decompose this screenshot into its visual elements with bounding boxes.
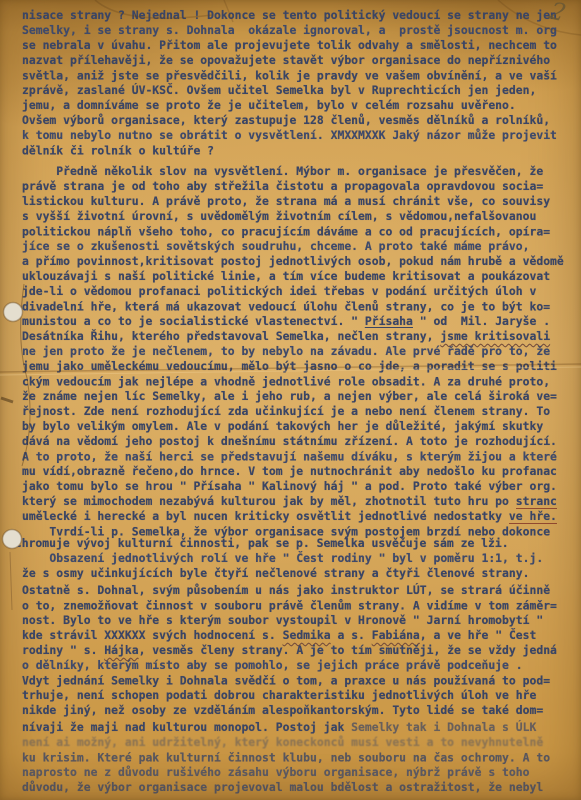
document-line: k tomu nebylo nutno se obrátit o vysvětl…: [22, 128, 581, 143]
document-line: A to proto, že naší herci se představují…: [22, 449, 581, 464]
text-segment: Desátníka Řihu, kterého představoval Sem…: [22, 329, 440, 343]
document-line: Obsazení jednotlivých rolí ve hře " Čest…: [22, 551, 581, 566]
document-line: ku krisim. Které pak kulturní činnost kl…: [22, 750, 581, 765]
document-line: Vdyt jednání Semelky i Dohnala svědčí o …: [22, 673, 581, 688]
document-line: rodiny " s. Hájka, vesměs členy strany. …: [22, 643, 581, 658]
text-segment: důvodu, že výbor organisace projevoval m…: [22, 780, 543, 794]
text-segment: Obsazení jednotlivých rolí ve hře " Čest…: [22, 551, 543, 565]
text-segment: nost. Bylo to ve hře s kterým soubor vys…: [22, 613, 543, 627]
text-segment: o to, znemožňovat činnost v souboru práv…: [22, 598, 557, 612]
text-segment: jíce se o zkušenosti sovětských soudruhu…: [22, 239, 529, 253]
document-line: s vyšší životní úrovní, s uvědomělým živ…: [22, 209, 581, 224]
document-line: světla, aniž jste se přesvědčili, kolik …: [22, 68, 581, 83]
text-segment: o dělníky, kterým místo aby se pomohlo, …: [22, 658, 523, 672]
text-segment: rodiny " s.: [22, 643, 104, 657]
text-segment: A to proto, že naší herci se představují…: [22, 449, 557, 463]
text-segment: není ai možný, ani udržitelný, který kon…: [22, 735, 543, 749]
document-line: právě strana je od toho aby střežila čis…: [22, 179, 581, 194]
document-line: kde strávil XXXKXX svých hodnocení s. Se…: [22, 628, 581, 643]
typewritten-page: nisace strany ? Nejednal ! Dokonce se te…: [0, 0, 581, 800]
document-line: se nebrala v úvahu. Přitom ale projevuje…: [22, 38, 581, 53]
text-segment: Vdyt jednání Semelky i Dohnala svědčí o …: [22, 673, 550, 687]
document-line: jde-li o vědomou profanaci politických i…: [22, 284, 581, 299]
document-line: není ai možný, ani udržitelný, který kon…: [22, 735, 581, 750]
text-segment: politickou náplň všeho toho, co pracujíc…: [22, 224, 550, 238]
document-line: nisace strany ? Nejednal ! Dokonce se te…: [22, 8, 581, 23]
document-text: nisace strany ? Nejednal ! Dokonce se te…: [0, 8, 581, 795]
text-segment: právě strana je od toho aby střežila čis…: [22, 179, 543, 193]
text-segment: umělecké i herecké a byl nucen kriticky …: [22, 509, 509, 523]
text-segment: , vesměs členy strany. A je to tím smutn…: [139, 643, 557, 657]
document-line: ckým vedoucím jak nejlépe a vhodně jedno…: [22, 374, 581, 389]
text-segment: jemu jako uměleckému vedoucímu, mělo být…: [22, 359, 557, 373]
text-segment: , a ve hře " Čest: [420, 628, 537, 642]
document-line: nazvat přílehavěji, že se opovažujete st…: [22, 53, 581, 68]
document-line: důvodu, že výbor organisace projevoval m…: [22, 780, 581, 795]
text-segment: Tvrdí-li p. Semelka, že výbor organisace…: [22, 524, 550, 538]
underlined-text-segment: stranc: [516, 494, 557, 509]
document-line: Ostatně s. Dohnal, svým působením u nás …: [22, 583, 581, 598]
document-line: jemu, a domníváme se proto že je učitele…: [22, 98, 581, 113]
text-segment: ne jen proto že je nečlenem, to by nebyl…: [22, 344, 550, 358]
text-segment: že známe nejen líc Semelky, ale i jeho r…: [22, 389, 557, 403]
text-segment: by bylo velikým omylem. Ale v podání tak…: [22, 419, 543, 433]
text-segment: dělník či rolník o kultúře ?: [22, 143, 214, 157]
text-segment: uklouzávaji s naší politické linie, a tí…: [22, 269, 550, 283]
text-segment: a s.: [331, 628, 372, 642]
document-line: ne jen proto že je nečlenem, to by nebyl…: [22, 344, 581, 359]
text-segment: se nebrala v úvahu. Přitom ale projevuje…: [22, 38, 557, 52]
text-segment: ckým vedoucím jak nejlépe a vhodně jedno…: [22, 374, 550, 388]
underlined-text-segment: Hájka: [104, 643, 138, 657]
document-line: politickou náplň všeho toho, co pracujíc…: [22, 224, 581, 239]
text-segment: trhuje, není schopen podati dobrou chara…: [22, 688, 536, 702]
text-segment: nívaji že maji nad kulturou monopol. Pos…: [22, 720, 351, 734]
document-line: munistou a co to je socialistické vlaste…: [22, 314, 581, 329]
underlined-text-segment: Sedmika: [283, 628, 331, 642]
text-segment: nazvat přílehavěji, že se opovažujete st…: [22, 53, 550, 67]
text-segment: divadelní hře, která má ukazovat vedoucí…: [22, 299, 550, 313]
document-line: trhuje, není schopen podati dobrou chara…: [22, 688, 581, 703]
document-line: řejnost. Zde není rozhodující zda učinku…: [22, 404, 581, 419]
document-line: nikde jiný, než osoby ze vzděláním alesp…: [22, 703, 581, 718]
text-segment: který se mimochodem nezabývá kulturou ja…: [22, 494, 516, 508]
document-line: Tvrdí-li p. Semelka, že výbor organisace…: [22, 524, 581, 539]
underlined-text-segment: ve hře.: [509, 509, 557, 524]
text-segment: Semelky tak i Dohnala s ÚLK: [351, 720, 536, 734]
document-line: a přímo povinnost,kritisovat postoj jedn…: [22, 254, 581, 269]
document-line: nost. Bylo to ve hře s kterým soubor vys…: [22, 613, 581, 628]
text-segment: jako tomu bylo se hrou " Přísaha " Kalin…: [22, 479, 557, 493]
document-line: že známe nejen líc Semelky, ale i jeho r…: [22, 389, 581, 404]
text-segment: mu vídí,obrazně řečeno,do hrnce. V tom j…: [22, 464, 557, 478]
text-segment: Ovšem výborů organisace, který zastupuje…: [22, 113, 550, 127]
document-line: dělník či rolník o kultúře ?: [22, 143, 581, 158]
document-line: o dělníky, kterým místo aby se pomohlo, …: [22, 658, 581, 673]
document-line: že s osmy učinkujících byle čtyří nečlen…: [22, 566, 581, 581]
text-segment: Předně několik slov na vysvětlení. Mýbor…: [22, 164, 543, 178]
text-segment: Semelky, i se strany s. Dohnala okázale …: [22, 23, 557, 37]
document-line: jemu jako uměleckému vedoucímu, mělo být…: [22, 359, 581, 374]
text-segment: kde strávil XXXKXX svých hodnocení s.: [22, 628, 283, 642]
text-segment: Ostatně s. Dohnal, svým působením u nás …: [22, 583, 550, 597]
text-segment: řejnost. Zde není rozhodující zda učinku…: [22, 404, 550, 418]
text-segment: dává na vědomí jeho postoj k dnešnímu st…: [22, 434, 557, 448]
text-segment: munistou a co to je socialistické vlaste…: [22, 314, 365, 328]
text-segment: jde-li o vědomou profanaci politických i…: [22, 284, 536, 298]
document-line: zprávě, zaslané ÚV-KSČ. Ovšem učitel Sem…: [22, 83, 581, 98]
text-segment: světla, aniž jste se přesvědčili, kolik …: [22, 68, 557, 82]
document-line: Semelky, i se strany s. Dohnala okázale …: [22, 23, 581, 38]
text-segment: nikde jiný, než osoby ze vzděláním alesp…: [22, 703, 543, 717]
document-line: o to, znemožňovat činnost v souboru práv…: [22, 598, 581, 613]
text-segment: s vyšší životní úrovní, s uvědomělým živ…: [22, 209, 536, 223]
document-line: uklouzávaji s naší politické linie, a tí…: [22, 269, 581, 284]
document-line: jako tomu bylo se hrou " Přísaha " Kalin…: [22, 479, 581, 494]
text-segment: naprosto ne z důvodu rušivého zásahu výb…: [22, 765, 529, 779]
document-line: divadelní hře, která má ukazovat vedoucí…: [22, 299, 581, 314]
text-segment: nisace strany ? Nejednal ! Dokonce se te…: [22, 8, 557, 22]
text-segment: a přímo povinnost,kritisovat postoj jedn…: [22, 254, 564, 268]
underlined-text-segment: jsme kritisovali: [440, 329, 550, 343]
document-line: mu vídí,obrazně řečeno,do hrnce. V tom j…: [22, 464, 581, 479]
document-line: který se mimochodem nezabývá kulturou ja…: [22, 494, 581, 509]
document-line: nívaji že maji nad kulturou monopol. Pos…: [22, 720, 581, 735]
text-segment: " od Mil. Jaryše .: [413, 314, 550, 328]
underlined-text-segment: Fabiána: [372, 628, 420, 642]
document-line: jíce se o zkušenosti sovětských soudruhu…: [22, 239, 581, 254]
document-line: by bylo velikým omylem. Ale v podání tak…: [22, 419, 581, 434]
document-line: dává na vědomí jeho postoj k dnešnímu st…: [22, 434, 581, 449]
document-line: umělecké i herecké a byl nucen kriticky …: [22, 509, 581, 524]
document-line: Desátníka Řihu, kterého představoval Sem…: [22, 329, 581, 344]
document-line: Ovšem výborů organisace, který zastupuje…: [22, 113, 581, 128]
document-line: naprosto ne z důvodu rušivého zásahu výb…: [22, 765, 581, 780]
document-line: listickou kulturu. A právě proto, že str…: [22, 194, 581, 209]
text-segment: že s osmy učinkujících byle čtyří nečlen…: [22, 566, 529, 580]
text-segment: k tomu nebylo nutno se obrátit o vysvětl…: [22, 128, 557, 142]
text-segment: ku krisim. Které pak kulturní činnost kl…: [22, 750, 550, 764]
text-segment: listickou kulturu. A právě proto, že str…: [22, 194, 550, 208]
text-segment: jemu, a domníváme se proto že je učitele…: [22, 98, 516, 112]
underlined-text-segment: Přísaha: [365, 314, 413, 328]
text-segment: zprávě, zaslané ÚV-KSČ. Ovšem učitel Sem…: [22, 83, 536, 97]
document-line: Předně několik slov na vysvětlení. Mýbor…: [22, 164, 581, 179]
